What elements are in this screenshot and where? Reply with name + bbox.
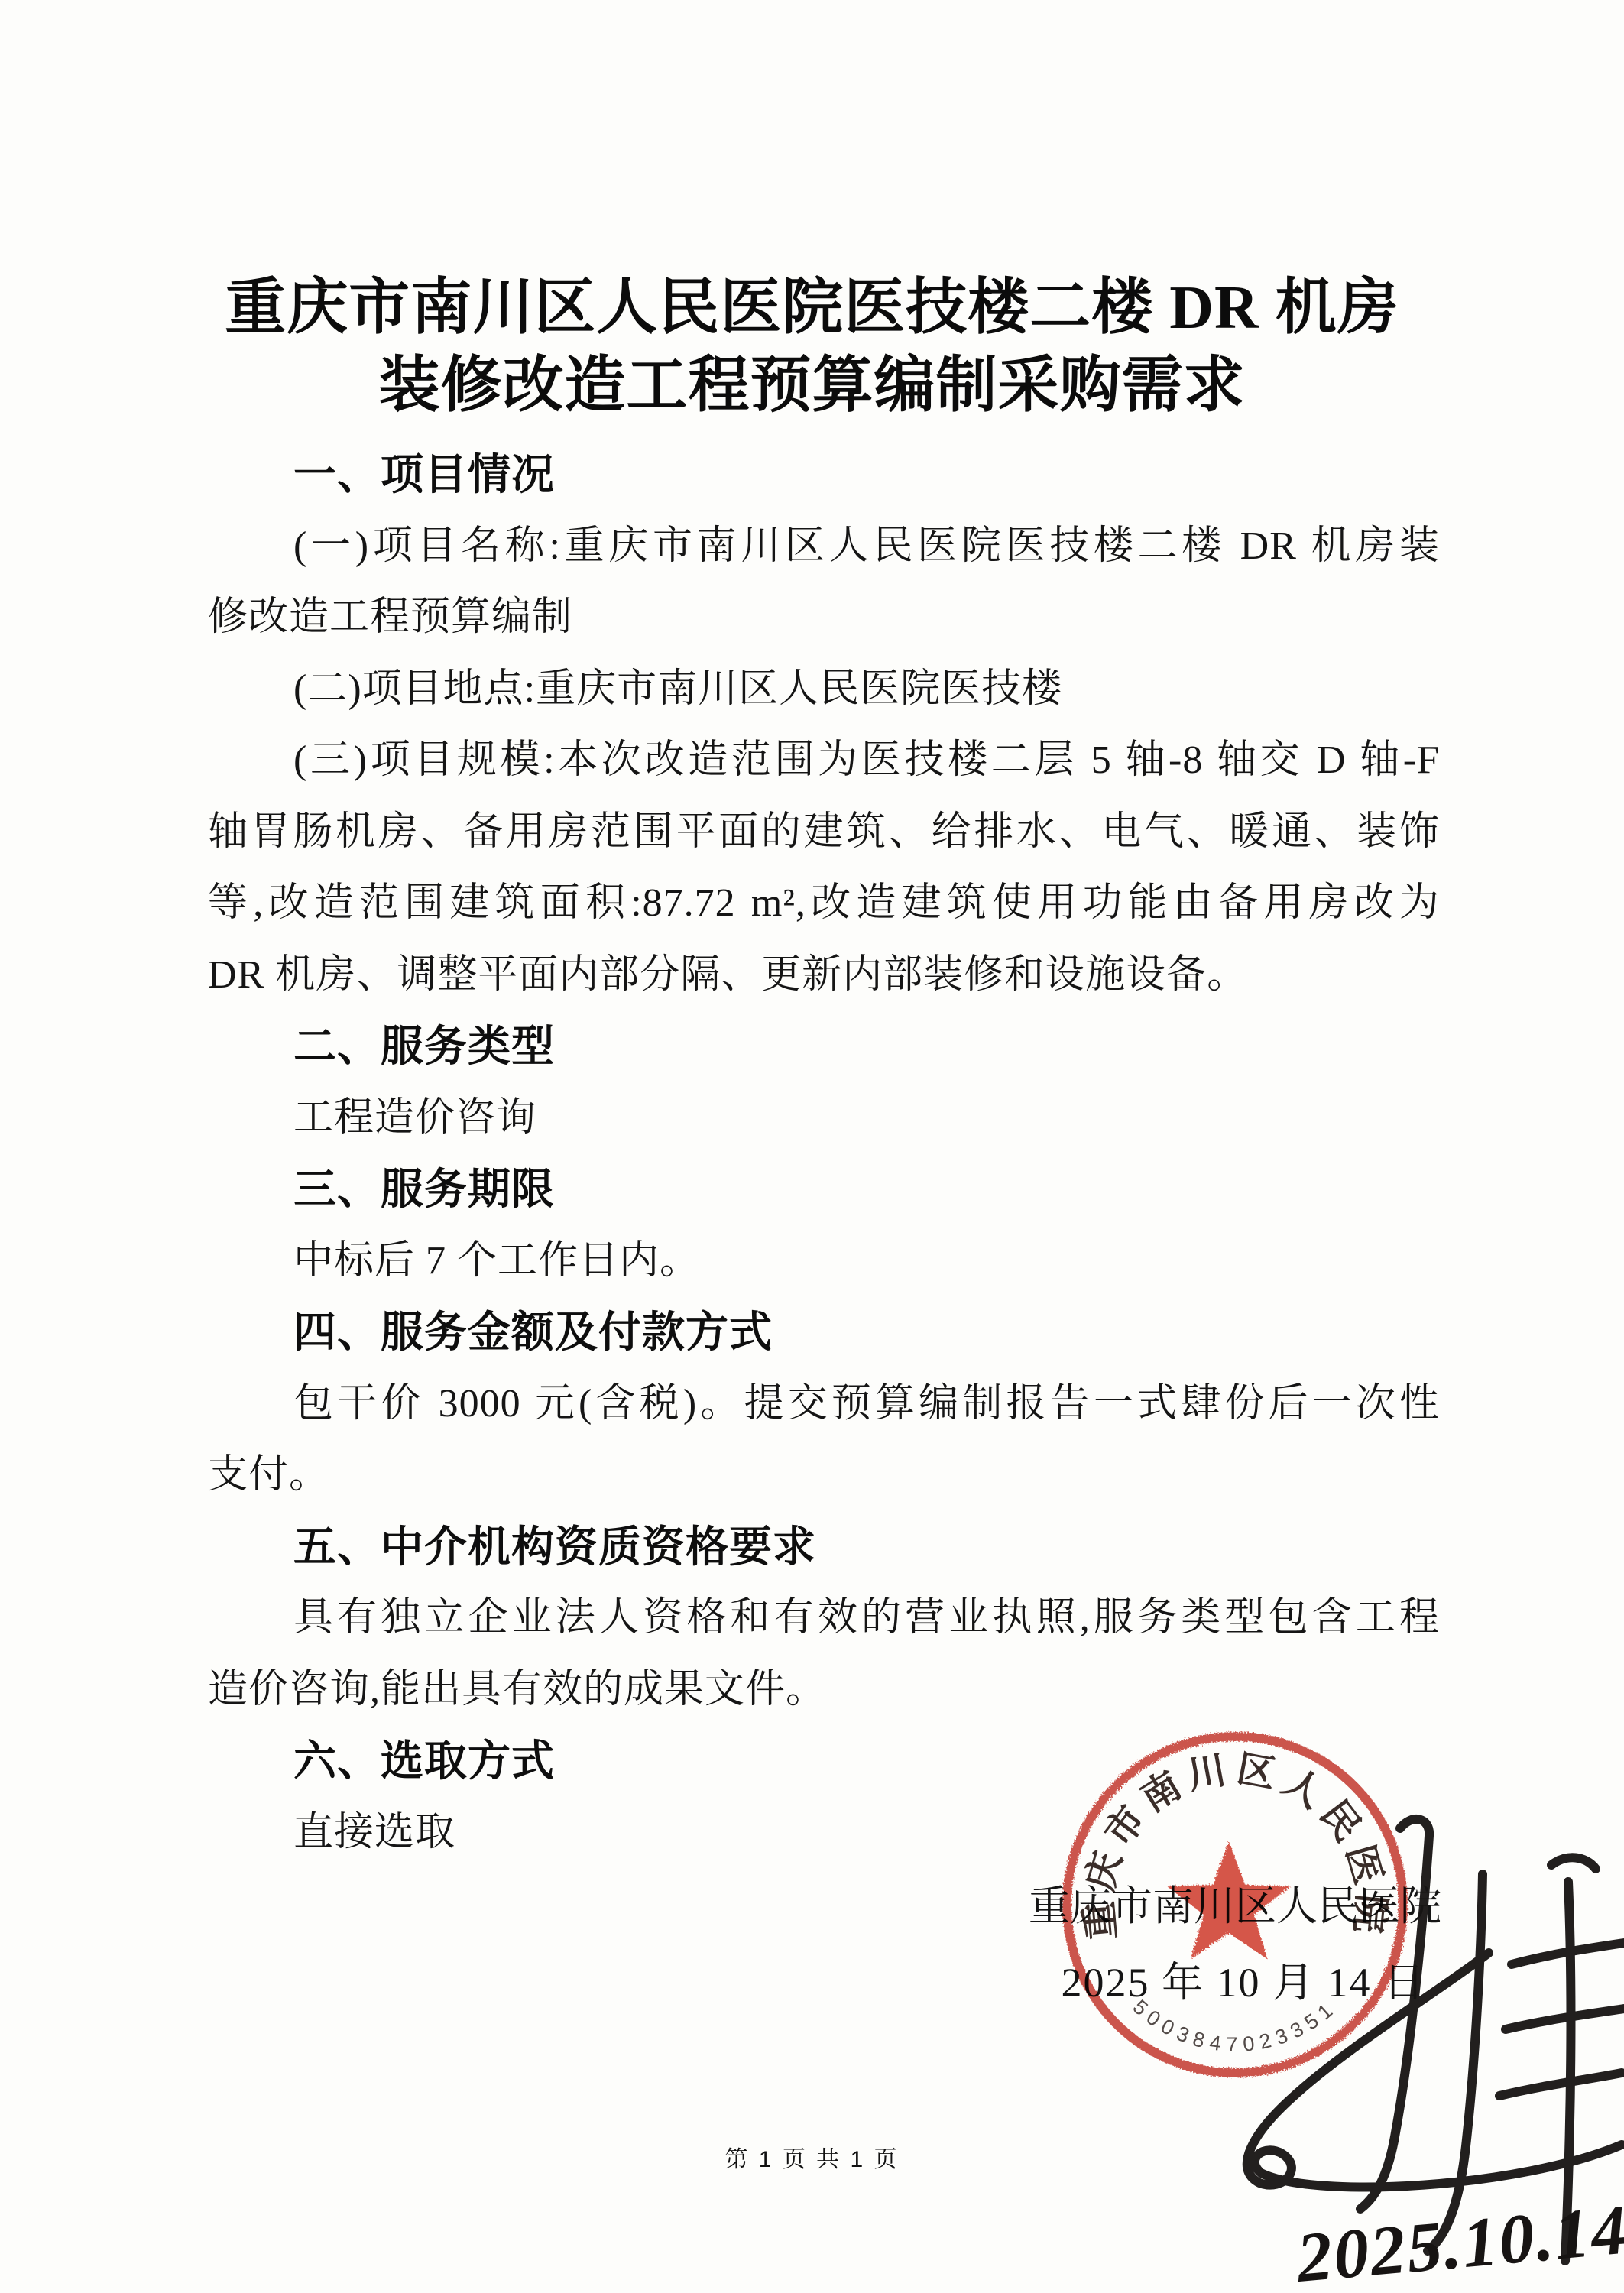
text-line: 中标后 7 个工作日内。 bbox=[208, 1225, 1440, 1297]
section-heading: 六、选取方式 bbox=[208, 1725, 1440, 1797]
text-line: DR 机房、调整平面内部分隔、更新内部装修和设施设备。 bbox=[208, 939, 1440, 1011]
text-line: 等,改造范围建筑面积:87.72 m²,改造建筑使用功能由备用房改为 bbox=[208, 868, 1440, 939]
text-line: 直接选取 bbox=[208, 1797, 1440, 1869]
text-line: (一)项目名称:重庆市南川区人民医院医技楼二楼 DR 机房装 bbox=[208, 511, 1440, 582]
text-line: 造价咨询,能出具有效的成果文件。 bbox=[208, 1654, 1440, 1726]
title-line-1: 重庆市南川区人民医院医技楼二楼 DR 机房 bbox=[0, 269, 1624, 347]
text-line: 工程造价咨询 bbox=[208, 1082, 1440, 1154]
section-heading: 二、服务类型 bbox=[208, 1010, 1440, 1082]
signoff-organization: 重庆市南川区人民医院 bbox=[1029, 1868, 1441, 1944]
title-line-2: 装修改造工程预算编制采购需求 bbox=[0, 347, 1624, 425]
document-page: 重庆市南川区人民医院医技楼二楼 DR 机房 装修改造工程预算编制采购需求 一、项… bbox=[0, 0, 1624, 2293]
section-heading: 三、服务期限 bbox=[208, 1153, 1440, 1225]
text-line: 修改造工程预算编制 bbox=[208, 582, 1440, 654]
text-line: 轴胃肠机房、备用房范围平面的建筑、给排水、电气、暖通、装饰 bbox=[208, 796, 1440, 868]
signoff-date: 2025 年 10 月 14 日 bbox=[1029, 1944, 1441, 2021]
handwritten-date: 2025.10.14 bbox=[1292, 2190, 1624, 2293]
signoff-block: 重庆市南川区人民医院 2025 年 10 月 14 日 bbox=[1029, 1868, 1441, 2021]
signature-stroke bbox=[1499, 2073, 1622, 2096]
text-line: (二)项目地点:重庆市南川区人民医院医技楼 bbox=[208, 654, 1440, 725]
document-title: 重庆市南川区人民医院医技楼二楼 DR 机房 装修改造工程预算编制采购需求 bbox=[0, 269, 1624, 425]
text-line: 支付。 bbox=[208, 1439, 1440, 1511]
text-line: 具有独立企业法人资格和有效的营业执照,服务类型包含工程 bbox=[208, 1582, 1440, 1654]
content-lines: 一、项目情况(一)项目名称:重庆市南川区人民医院医技楼二楼 DR 机房装修改造工… bbox=[208, 439, 1440, 1868]
section-heading: 五、中介机构资质资格要求 bbox=[208, 1511, 1440, 1583]
signature-stroke bbox=[1506, 2009, 1624, 2029]
signature-stroke bbox=[1512, 1943, 1624, 1964]
text-line: (三)项目规模:本次改造范围为医技楼二层 5 轴-8 轴交 D 轴-F bbox=[208, 725, 1440, 796]
section-heading: 一、项目情况 bbox=[208, 439, 1440, 511]
section-heading: 四、服务金额及付款方式 bbox=[208, 1296, 1440, 1368]
signature-stroke bbox=[1565, 1882, 1571, 2261]
footer-page-number: 第 1 页 共 1 页 bbox=[0, 2145, 1624, 2175]
signature-stroke bbox=[1551, 1857, 1596, 1869]
text-line: 包干价 3000 元(含税)。提交预算编制报告一式肆份后一次性 bbox=[208, 1368, 1440, 1440]
